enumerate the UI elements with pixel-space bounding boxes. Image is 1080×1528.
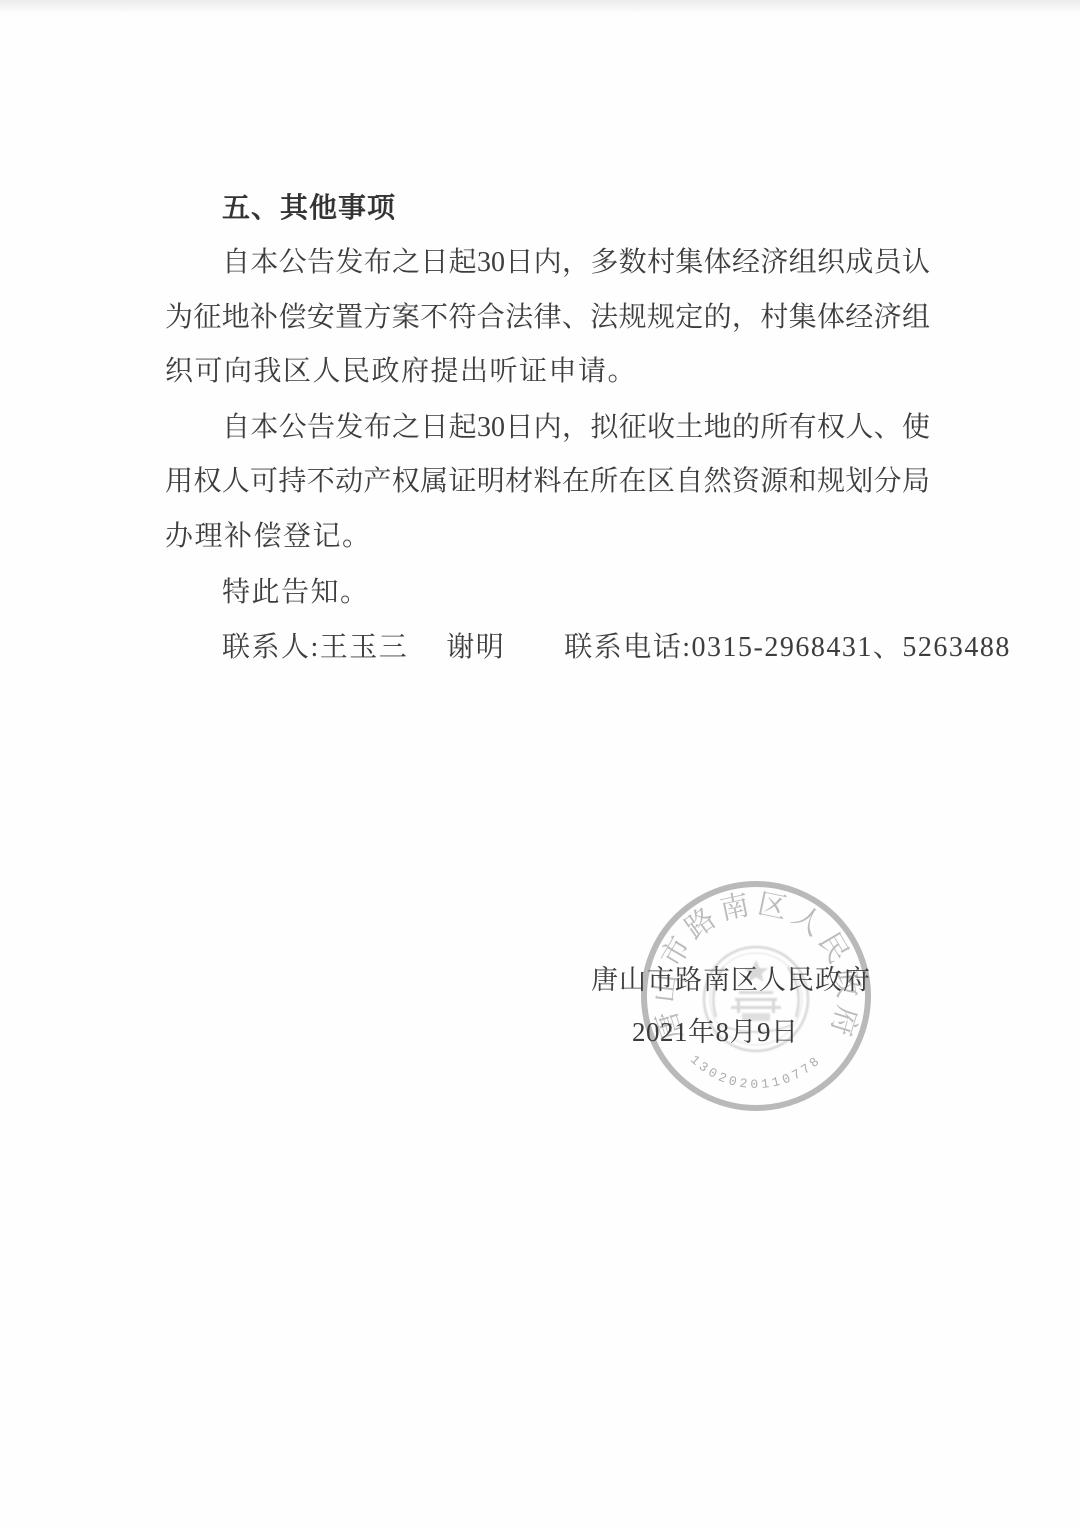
seal-code-text: 1302020110778 <box>687 1052 825 1092</box>
body-line: 织可向我区人民政府提出听证申请。 <box>165 355 930 389</box>
body-line: 用权人可持不动产权属证明材料在所在区自然资源和规划分局 <box>165 465 930 499</box>
body-line: 自本公告发布之日起30日内，拟征收土地的所有权人、使 <box>222 411 930 445</box>
closing-line: 特此告知。 <box>222 576 370 610</box>
contact-line: 联系人:王玉三 谢明 联系电话:0315-2968431、5263488 <box>222 631 1011 665</box>
document-page: 五、其他事项 自本公告发布之日起30日内，多数村集体经济组织成员认 为征地补偿安… <box>0 0 1080 1528</box>
issue-date: 2021年8月9日 <box>632 1010 799 1049</box>
body-line: 为征地补偿安置方案不符合法律、法规规定的，村集体经济组 <box>165 301 930 335</box>
issuer-signature: 唐山市路南区人民政府 <box>591 958 871 997</box>
section-heading: 五、其他事项 <box>222 186 396 226</box>
body-line: 办理补偿登记。 <box>165 520 930 554</box>
body-line: 自本公告发布之日起30日内，多数村集体经济组织成员认 <box>222 246 930 280</box>
